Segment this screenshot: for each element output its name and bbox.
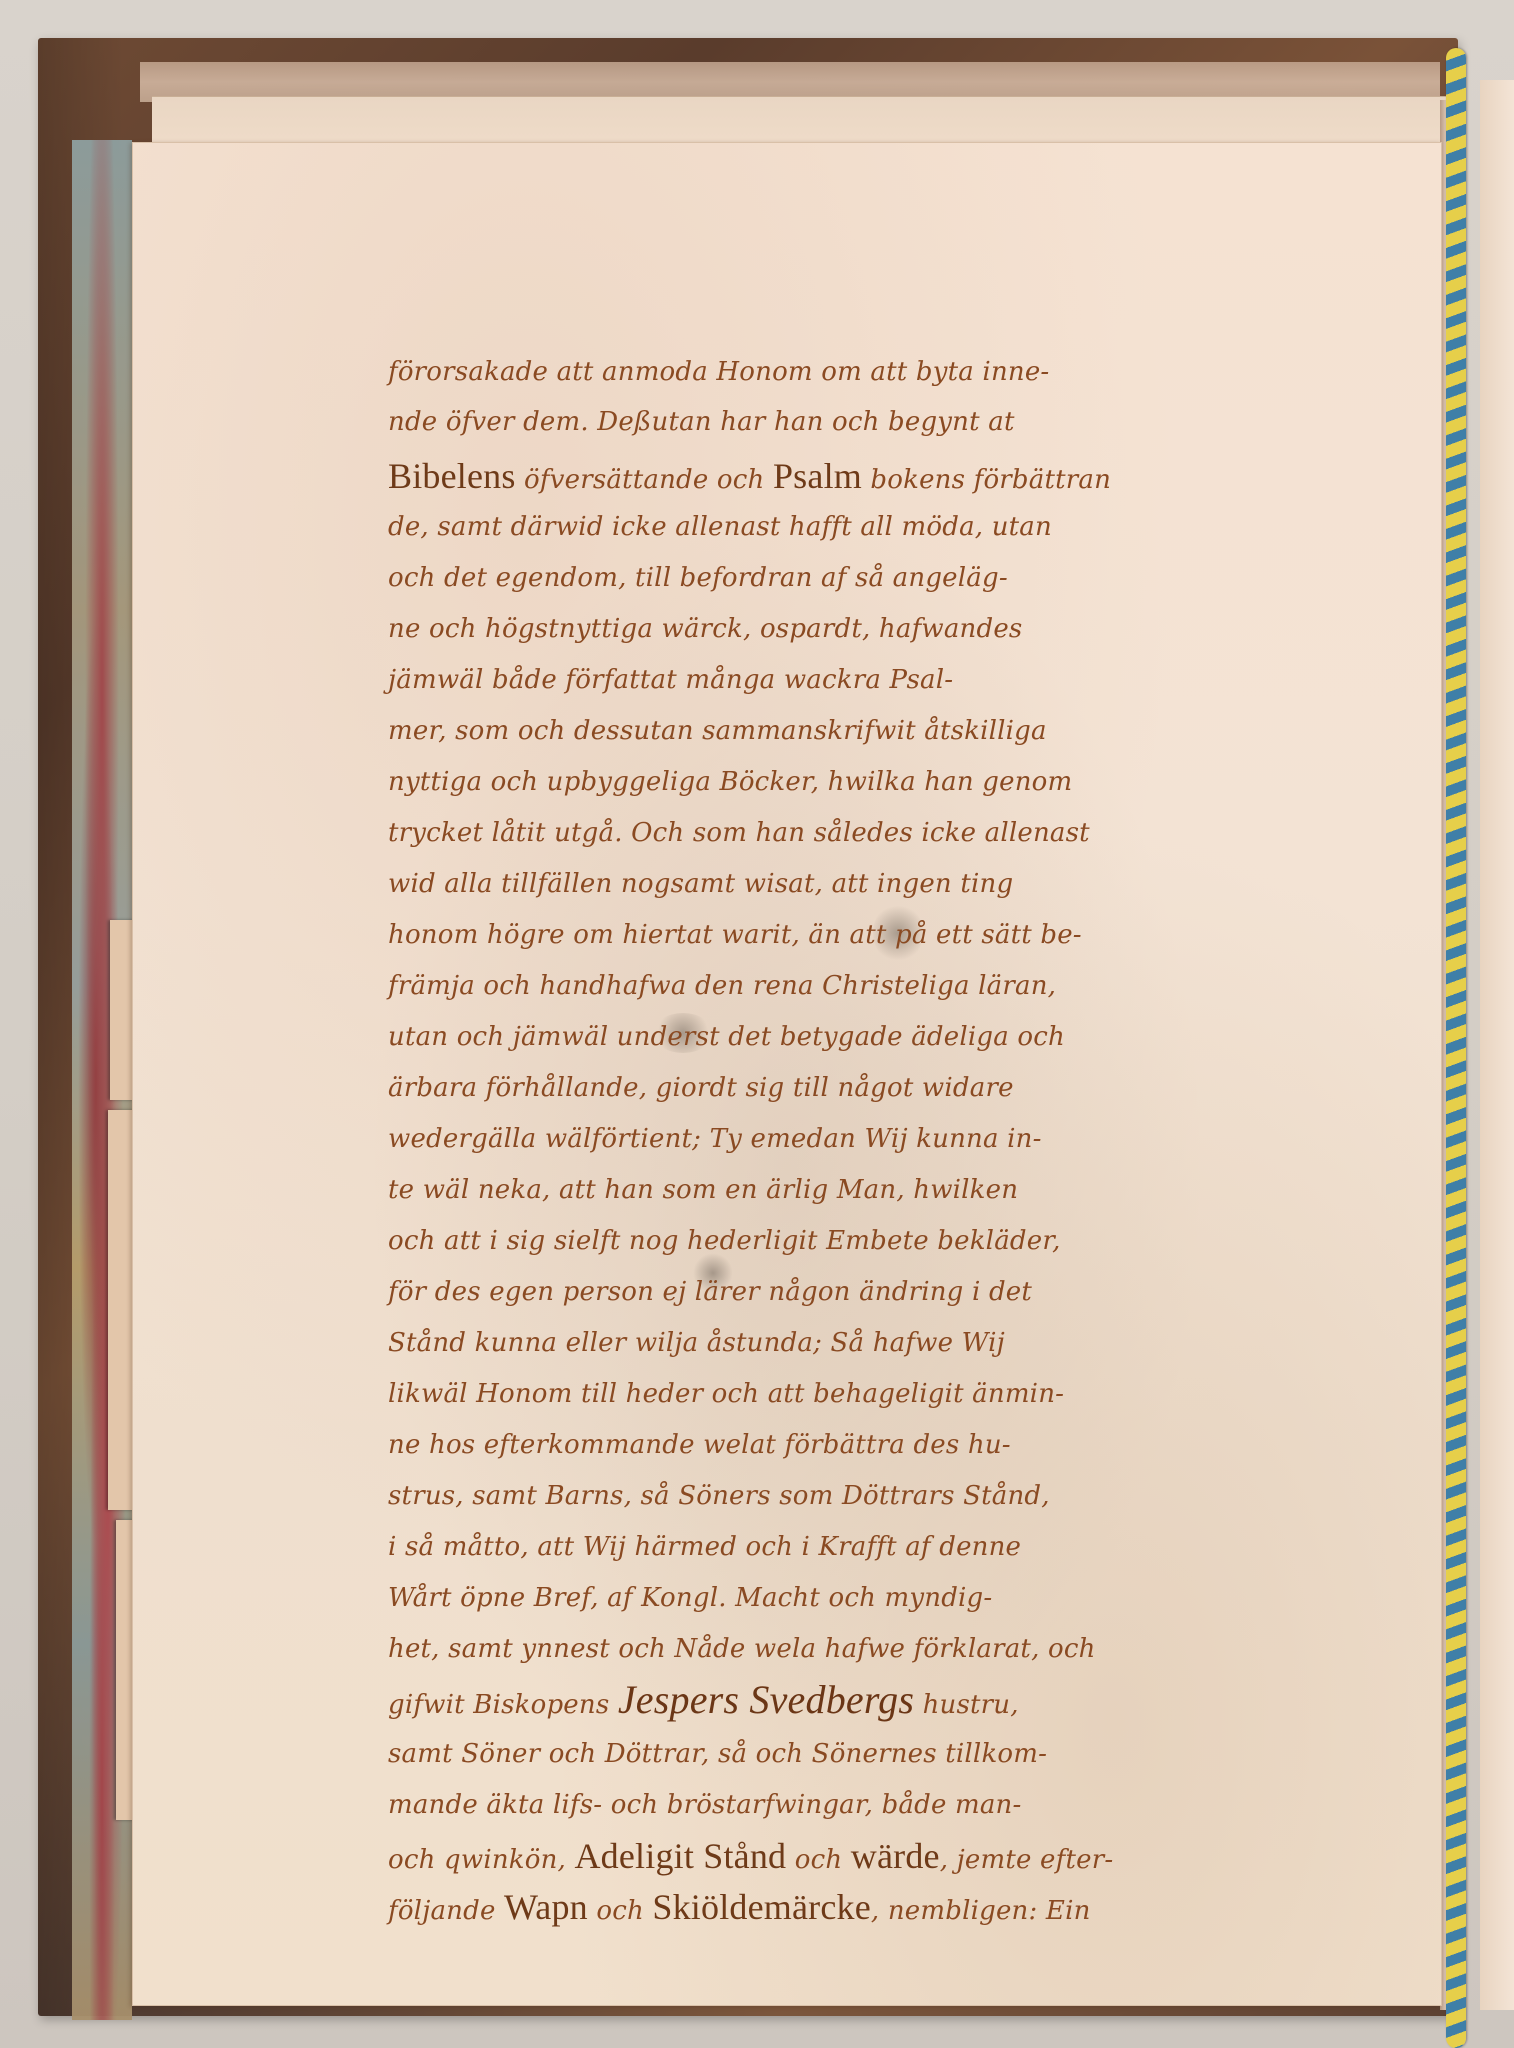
text-line: samt Söner och Döttrar, så och Sönernes … xyxy=(388,1734,1047,1774)
text-line: te wäl neka, att han som en ärlig Man, h… xyxy=(388,1170,1018,1210)
text-line: följande Wapn och Skiöldemärcke, nemblig… xyxy=(388,1887,1091,1927)
text-line: utan och jämwäl underst det betygade äde… xyxy=(388,1017,1065,1057)
text-line: för des egen person ej lärer någon ändri… xyxy=(388,1272,1032,1312)
highlighted-word: Skiöldemärcke xyxy=(652,1887,871,1927)
text-line: wedergälla wälförtient; Ty emedan Wij ku… xyxy=(388,1119,1042,1159)
text-line: gifwit Biskopens Jespers Svedbergs hustr… xyxy=(388,1680,1019,1720)
text-line: och att i sig sielft nog hederligit Embe… xyxy=(388,1221,1061,1261)
text-line: strus, samt Barns, så Söners som Döttrar… xyxy=(388,1476,1050,1516)
highlighted-word: wärde xyxy=(851,1836,940,1876)
facing-page-edge xyxy=(1480,80,1514,2010)
text-line: Stånd kunna eller wilja åstunda; Så hafw… xyxy=(388,1323,1005,1363)
name-jesper-svedberg: Jespers Svedbergs xyxy=(618,1677,914,1722)
highlighted-word: Bibelens xyxy=(388,456,516,496)
text-line: nyttiga och upbyggeliga Böcker, hwilka h… xyxy=(388,762,1072,802)
text-line: nde öfver dem. Deßutan har han och begyn… xyxy=(388,402,1015,442)
text-line: Wårt öpne Bref, af Kongl. Macht och mynd… xyxy=(388,1578,992,1618)
text-line: ne och högstnyttiga wärck, ospardt, hafw… xyxy=(388,609,1022,649)
binding-cord xyxy=(1446,48,1466,2048)
text-line: wid alla tillfällen nogsamt wisat, att i… xyxy=(388,864,1013,904)
highlighted-word: Adeligit Stånd xyxy=(574,1836,786,1876)
highlighted-word: Psalm xyxy=(773,456,862,496)
text-line: förorsakade att anmoda Honom om att byta… xyxy=(388,352,1049,392)
text-line: ne hos efterkommande welat förbättra des… xyxy=(388,1425,1011,1465)
highlighted-word: Wapn xyxy=(504,1887,588,1927)
text-line: de, samt därwid icke allenast hafft all … xyxy=(388,507,1052,547)
text-line: och qwinkön, Adeligit Stånd och wärde, j… xyxy=(388,1836,1113,1876)
text-line: honom högre om hiertat warit, än att på … xyxy=(388,915,1082,955)
text-line: mer, som och dessutan sammanskrifwit åts… xyxy=(388,711,1047,751)
text-line: Bibelens öfversättande och Psalm bokens … xyxy=(388,456,1111,496)
text-line: jämwäl både författat många wackra Psal- xyxy=(388,660,953,700)
text-line: i så måtto, att Wij härmed och i Krafft … xyxy=(388,1527,1021,1567)
text-line: ärbara förhållande, giordt sig till någo… xyxy=(388,1068,1014,1108)
text-line: mande äkta lifs- och bröstarfwingar, båd… xyxy=(388,1785,1022,1825)
text-line: likwäl Honom till heder och att behageli… xyxy=(388,1374,1064,1414)
text-line: främja och handhafwa den rena Christelig… xyxy=(388,966,1056,1006)
text-line: och det egendom, till befordran af så an… xyxy=(388,558,1008,598)
text-line: het, samt ynnest och Nåde wela hafwe för… xyxy=(388,1629,1096,1669)
text-line: trycket låtit utgå. Och som han således … xyxy=(388,813,1090,853)
